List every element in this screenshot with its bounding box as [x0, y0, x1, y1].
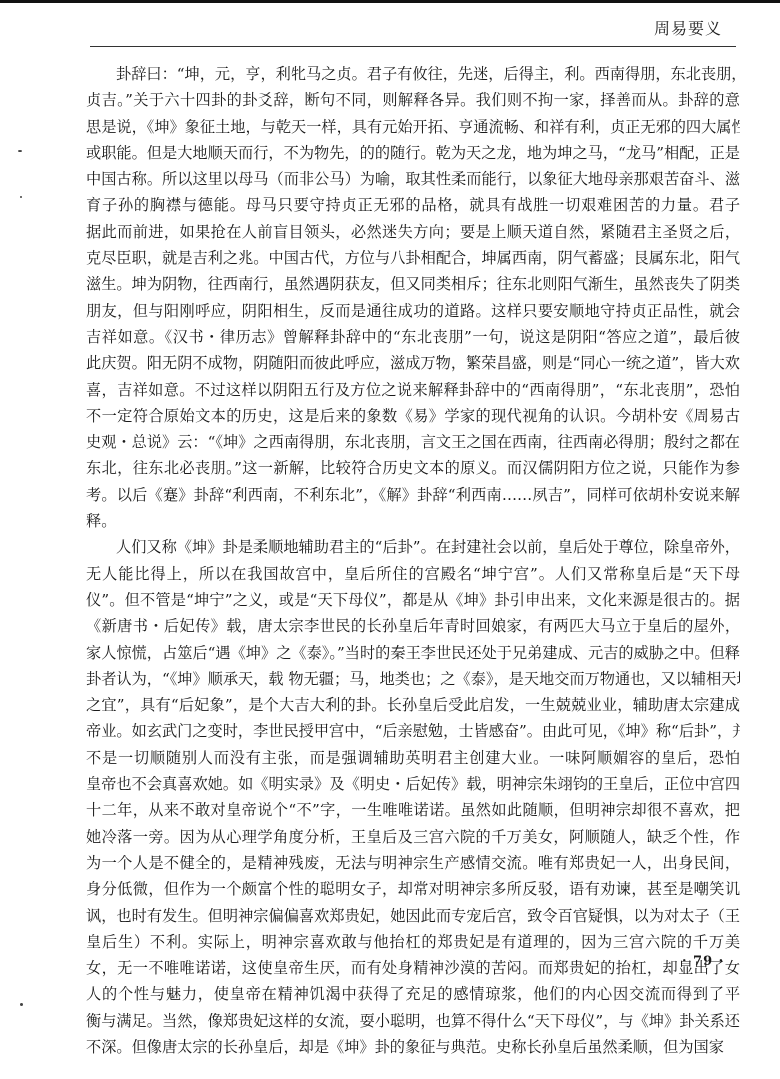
text-line: 卦辞曰：“坤，元，亨，利牝马之贞。君子有攸往，先迷，后得主，利。西南得朋，东北丧… [86, 61, 740, 87]
text-line: 衡与满足。当然，像郑贵妃这样的女流，耍小聪明，也算不得什么“天下母仪”，与《坤》… [86, 1008, 740, 1034]
running-header-title: 周易要义 [654, 16, 722, 39]
paragraph: 卦辞曰：“坤，元，亨，利牝马之贞。君子有攸往，先迷，后得主，利。西南得朋，东北丧… [86, 61, 740, 534]
text-line: 人们又称《坤》卦是柔顺地辅助君主的“后卦”。在封建社会以前，皇后处于尊位，除皇帝… [86, 534, 740, 560]
text-line: 皇后生）不利。实际上，明神宗喜欢敢与他抬杠的郑贵妃是有道理的，因为三宫六院的千万… [86, 929, 740, 955]
text-line: 克尽臣职，就是吉利之兆。中国古代，方位与八卦相配合，坤属西南，阴气蓄盛；艮属东北… [86, 245, 740, 271]
text-line: 据此而前进，如果抢在人前盲目领头，必然迷失方向；要是上顺天道自然，紧随君主圣贤之… [86, 219, 740, 245]
text-line: 朋友，但与阳刚呼应，阴阳相生，反而是通往成功的道路。这样只要安顺地守持贞正品性，… [86, 298, 740, 324]
scan-speck [18, 150, 22, 152]
scan-speck [299, 989, 301, 991]
text-line: 史观・总说》云：“《坤》之西南得朋，东北丧朋，言文王之国在西南，往西南必得朋；殷… [86, 429, 740, 455]
text-line: 卦者认为，“《坤》顺承天，载 物无疆；马，地类也；之《泰》，是天地交而万物通也，… [86, 666, 740, 692]
text-line: 释。 [86, 508, 740, 534]
scan-speck [20, 196, 22, 198]
text-line: 思是说，《坤》象征土地，与乾天一样，具有元始开拓、亨通流畅、和祥有利，贞正无邪的… [86, 114, 740, 140]
text-line: 帝业。如玄武门之变时，李世民授甲宫中，“后亲慰勉，士皆感奋”。由此可见，《坤》称… [86, 718, 740, 744]
page-number: · 79 · [682, 954, 724, 969]
text-line: 女，无一不唯唯诺诺，这使皇帝生厌，而有处身精神沙漠的苦闷。而郑贵妃的抬杠，却显出… [86, 955, 740, 981]
text-line: 考。以后《蹇》卦辞“利西南，不利东北”，《解》卦辞“利西南……夙吉”，同样可依胡… [86, 482, 740, 508]
scan-speck [20, 1003, 23, 1006]
text-line: 为一个人是不健全的，是精神残废，无法与明神宗生产感情交流。唯有郑贵妃一人，出身民… [86, 850, 740, 876]
text-line: 不一定符合原始文本的历史，这是后来的象数《易》学家的现代视角的认识。今胡朴安《周… [86, 403, 740, 429]
text-line: 东北，往东北必丧朋。”这一新解，比较符合历史文本的原义。而汉儒阴阳方位之说，只能… [86, 455, 740, 481]
text-line: 贞吉。”关于六十四卦的卦爻辞，断句不同，则解释各异。我们则不拘一家，择善而从。卦… [86, 87, 740, 113]
text-line: 或职能。但是大地顺天而行，不为物先，的的随行。乾为天之龙，地为坤之马，“龙马”相… [86, 140, 740, 166]
running-header: 周易要义 [0, 0, 780, 60]
text-line: 皇帝也不会真喜欢她。如《明实录》及《明史・后妃传》载，明神宗朱翊钧的王皇后，正位… [86, 771, 740, 797]
text-line: 身分低微，但作为一个颇富个性的聪明女子，却常对明神宗多所反驳，语有劝谏，甚至是嘲… [86, 876, 740, 902]
text-line: 家人惊慌，占筮后“遇《坤》之《泰》。”当时的秦王李世民还处于兄弟建成、元吉的威胁… [86, 640, 740, 666]
header-rule [90, 46, 736, 47]
text-line: 她冷落一旁。因为从心理学角度分析，王皇后及三宫六院的千万美女，阿顺随人，缺乏个性… [86, 824, 740, 850]
paragraph: 人们又称《坤》卦是柔顺地辅助君主的“后卦”。在封建社会以前，皇后处于尊位，除皇帝… [86, 534, 740, 1060]
text-line: 之宜”，具有“后妃象”，是个大吉大利的卦。长孙皇后受此启发，一生兢兢业业，辅助唐… [86, 692, 740, 718]
text-line: 不深。但像唐太宗的长孙皇后，却是《坤》卦的象征与典范。史称长孙皇后虽然柔顺，但为… [86, 1034, 740, 1060]
text-line: 《新唐书・后妃传》载，唐太宗李世民的长孙皇后年青时回娘家，有两匹大马立于皇后的屋… [86, 613, 740, 639]
text-line: 中国古称。所以这里以母马（而非公马）为喻，取其性柔而能行，以象征大地母亲那艰苦奋… [86, 166, 740, 192]
text-line: 无人能比得上，所以在我国故宫中，皇后所住的宫殿名“坤宁宫”。人们又常称皇后是“天… [86, 561, 740, 587]
text-line: 讽，也时有发生。但明神宗偏偏喜欢郑贵妃，她因此而专宠后宫，致令百官疑惧，以为对太… [86, 903, 740, 929]
text-line: 此庆贺。阳无阴不成物，阴随阳而彼此呼应，滋成万物，繁荣昌盛，则是“同心一统之道”… [86, 350, 740, 376]
text-line: 人的个性与魅力，使皇帝在精神饥渴中获得了充足的感情琼浆，他们的内心因交流而得到了… [86, 981, 740, 1007]
text-line: 喜，吉祥如意。不过这样以阴阳五行及方位之说来解释卦辞中的“西南得朋”，“东北丧朋… [86, 377, 740, 403]
page-body: 卦辞曰：“坤，元，亨，利牝马之贞。君子有攸往，先迷，后得主，利。西南得朋，东北丧… [86, 61, 740, 1060]
text-line: 不是一切顺随别人而没有主张，而是强调辅助英明君主创建大业。一味阿顺媚容的皇后，恐… [86, 745, 740, 771]
text-line: 育子孙的胸襟与德能。母马只要守持贞正无邪的品格，就具有战胜一切艰难困苦的力量。君… [86, 192, 740, 218]
text-line: 滋生。坤为阴物，往西南行，虽然遇阴获友，但又同类相斥；往东北则阳气渐生，虽然丧失… [86, 271, 740, 297]
text-line: 吉祥如意。《汉书・律历志》曾解释卦辞中的“东北丧朋”一句，说这是阴阳“答应之道”… [86, 324, 740, 350]
text-line: 仪”。但不管是“坤宁”之义，或是“天下母仪”，都是从《坤》卦引申出来，文化来源是… [86, 587, 740, 613]
text-line: 十二年，从来不敢对皇帝说个“不”字，一生唯唯诺诺。虽然如此随顺，但明神宗却很不喜… [86, 797, 740, 823]
